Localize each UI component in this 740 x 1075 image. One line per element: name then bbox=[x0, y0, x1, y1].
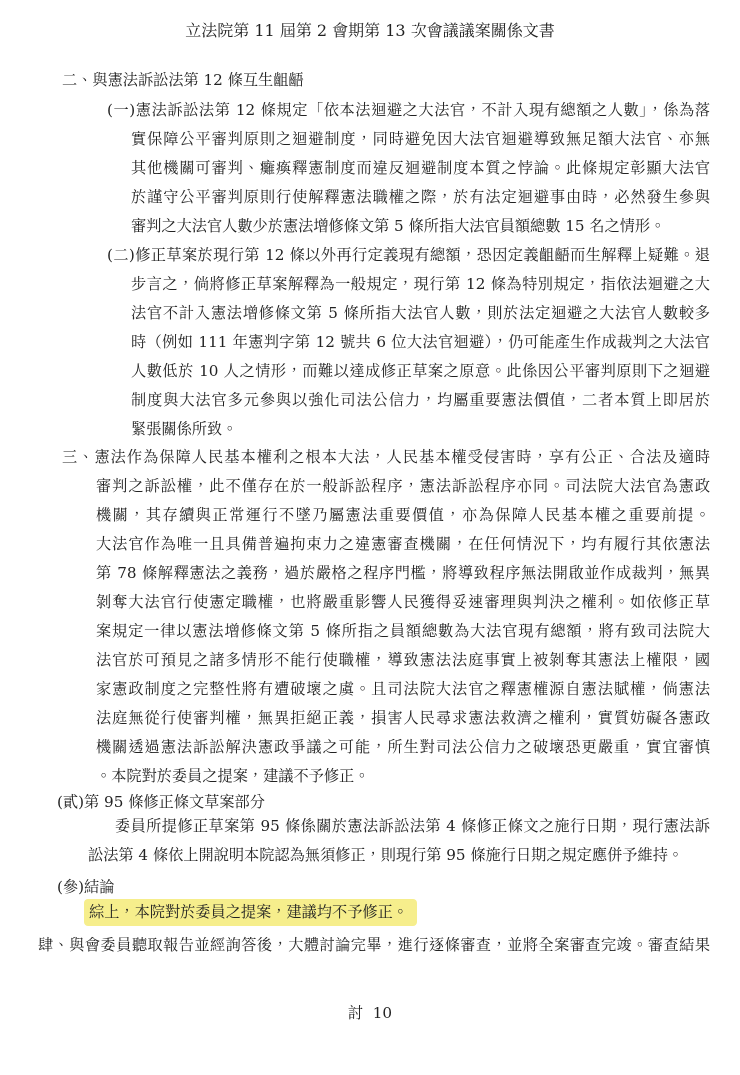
text-line: 審判之訴訟權，此不僅存在於一般訴訟程序，憲法訴訟程序亦同。司法院大法官為憲政 bbox=[96, 472, 710, 501]
text-line: 剝奪大法官行使憲定職權，也將嚴重影響人民獲得妥速審理與判決之權利。如依修正草 bbox=[96, 588, 710, 617]
text-line: 法官於可預見之諸多情形不能行使職權，導致憲法法庭事實上被剝奪其憲法上權限，國 bbox=[96, 646, 710, 675]
document-page: 立法院第 11 屆第 2 會期第 13 次會議議案關係文書 二、與憲法訴訟法第 … bbox=[0, 0, 740, 1075]
section-2-heading: 二、與憲法訴訟法第 12 條互生齟齬 bbox=[62, 66, 304, 95]
text-line: 三、憲法作為保障人民基本權利之根本大法，人民基本權受侵害時，享有公正、合法及適時 bbox=[62, 443, 710, 472]
conclusion-line: 綜上，本院對於委員之提案，建議均不予修正。 bbox=[84, 897, 417, 928]
text-line: 人數低於 10 人之情形，而難以達成修正草案之原意。此係因公平審判原則下之迴避 bbox=[131, 357, 710, 386]
text-line: 家憲政制度之完整性將有遭破壞之虞。且司法院大法官之釋憲權源自憲法賦權，倘憲法 bbox=[96, 675, 710, 704]
text-line: 機關透過憲法訴訟解決憲政爭議之可能，所生對司法公信力之破壞恐更嚴重，實宜審慎 bbox=[96, 733, 710, 762]
text-line: 訟法第 4 條依上開說明本院認為無須修正，則現行第 95 條施行日期之規定應併予… bbox=[88, 841, 710, 870]
text-line: (一)憲法訴訟法第 12 條規定「依本法迴避之大法官，不計入現有總額之人數」，係… bbox=[107, 96, 710, 125]
text-line: 法官不計入憲法增修條文第 5 條所指大法官人數，則於法定迴避之大法官人數較多 bbox=[131, 299, 710, 328]
article-95-paragraph: 委員所提修正草案第 95 條係關於憲法訴訟法第 4 條修正條文之施行日期，現行憲… bbox=[88, 812, 710, 870]
text-line: 制度與大法官多元參與以強化司法公信力，均屬重要憲法價值，二者本質上即居於 bbox=[131, 386, 710, 415]
text-line: (二)修正草案於現行第 12 條以外再行定義現有總額，恐因定義齟齬而生解釋上疑難… bbox=[107, 241, 710, 270]
page-number: 討 10 bbox=[0, 1002, 740, 1024]
text-line: 步言之，倘將修正草案解釋為一般規定，現行第 12 條為特別規定，指依法迴避之大 bbox=[131, 270, 710, 299]
paragraph-item-1: (一)憲法訴訟法第 12 條規定「依本法迴避之大法官，不計入現有總額之人數」，係… bbox=[131, 96, 710, 241]
text-line: 法庭無從行使審判權，無異拒絕正義，損害人民尋求憲法救濟之權利，實質妨礙各憲政 bbox=[96, 704, 710, 733]
text-line: 機關，其存續與正常運行不墜乃屬憲法重要價值，亦為保障人民基本權之重要前提。 bbox=[96, 501, 710, 530]
section-4-line: 肆、與會委員聽取報告並經詢答後，大體討論完畢，進行逐條審查，並將全案審查完竣。審… bbox=[38, 931, 710, 960]
text-line: 大法官作為唯一且具備普遍拘束力之違憲審查機關，在任何情況下，均有履行其依憲法 bbox=[96, 530, 710, 559]
document-title: 立法院第 11 屆第 2 會期第 13 次會議議案關係文書 bbox=[0, 20, 740, 42]
text-line: 審判之大法官人數少於憲法增修條文第 5 條所指大法官員額總數 15 名之情形。 bbox=[131, 212, 710, 241]
section-3-paragraph: 三、憲法作為保障人民基本權利之根本大法，人民基本權受侵害時，享有公正、合法及適時… bbox=[96, 443, 710, 791]
text-line: 緊張關係所致。 bbox=[131, 415, 710, 444]
text-line: 於謹守公平審判原則行使解釋憲法職權之際，於有法定迴避事由時，必然發生參與 bbox=[131, 183, 710, 212]
text-line: 第 78 條解釋憲法之義務，過於嚴格之程序門檻，將導致程序無法開啟並作成裁判，無… bbox=[96, 559, 710, 588]
text-line: 案規定一律以憲法增修條文第 5 條所指之員額總數為大法官現有總額，將有致司法院大 bbox=[96, 617, 710, 646]
text-line: 其他機關可審判、癱瘓釋憲制度而違反迴避制度本質之悖論。此條規定彰顯大法官 bbox=[131, 154, 710, 183]
text-line: 時（例如 111 年憲判字第 12 號共 6 位大法官迴避），仍可能產生作成裁判… bbox=[131, 328, 710, 357]
paragraph-item-2: (二)修正草案於現行第 12 條以外再行定義現有總額，恐因定義齟齬而生解釋上疑難… bbox=[131, 241, 710, 444]
text-line: 實保障公平審判原則之迴避制度，同時避免因大法官迴避導致無足額大法官、亦無 bbox=[131, 125, 710, 154]
text-line: 。本院對於委員之提案，建議不予修正。 bbox=[96, 762, 710, 791]
highlight-mark: 綜上，本院對於委員之提案，建議均不予修正。 bbox=[84, 899, 417, 926]
text-line: 委員所提修正草案第 95 條係關於憲法訴訟法第 4 條修正條文之施行日期，現行憲… bbox=[88, 812, 710, 841]
